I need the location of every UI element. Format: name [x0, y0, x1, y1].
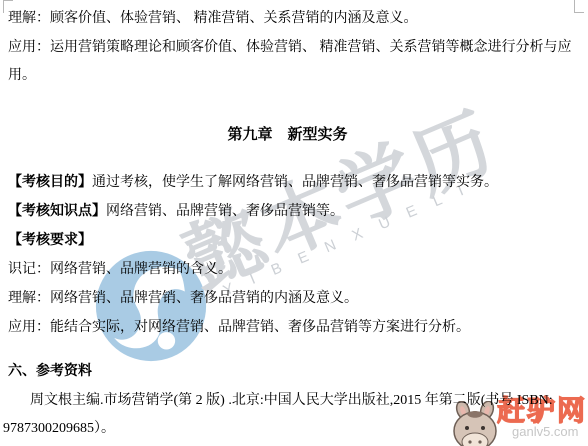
- intro-understand-line: 理解：顾客价值、体验营销、 精准营销、关系营销的内涵及意义。: [8, 10, 418, 27]
- intro-apply-line-2: 用。: [8, 67, 36, 84]
- reference-line-2: 9787300209685）。: [3, 420, 115, 437]
- exam-purpose-text: 通过考核，使学生了解网络营销、品牌营销、奢侈品营销等实务。: [92, 175, 498, 190]
- intro-apply-line-1: 应用：运用营销策略理论和顾客价值、体验营销、 精准营销、关系营销等概念进行分析与…: [8, 39, 572, 56]
- document-text: 理解：顾客价值、体验营销、 精准营销、关系营销的内涵及意义。 应用：运用营销策略…: [0, 0, 588, 446]
- requirement-understand-line: 理解：网络营销、品牌营销、奢侈品营销的内涵及意义。: [8, 290, 358, 307]
- chapter-title: 第九章 新型实务: [0, 123, 575, 144]
- reference-line-1: 周文根主编.市场营销学(第 2 版) .北京:中国人民大学出版社,2015 年第…: [30, 392, 553, 409]
- references-heading: 六、参考资料: [8, 363, 92, 380]
- exam-requirements-label: 【考核要求】: [8, 232, 92, 249]
- exam-purpose-label: 【考核目的】: [8, 175, 92, 190]
- exam-points-label: 【考核知识点】: [8, 204, 106, 219]
- exam-points-line: 【考核知识点】网络营销、品牌营销、奢侈品营销等。: [8, 203, 344, 220]
- document-page: 懿本学历 YIBENXUELI 赶驴网 ganlv5.com 理解：顾客价值、体…: [0, 0, 588, 446]
- requirement-apply-line: 应用：能结合实际，对网络营销、品牌营销、奢侈品营销等方案进行分析。: [8, 319, 470, 336]
- exam-points-text: 网络营销、品牌营销、奢侈品营销等。: [106, 204, 344, 219]
- exam-purpose-line: 【考核目的】通过考核，使学生了解网络营销、品牌营销、奢侈品营销等实务。: [8, 174, 498, 191]
- requirement-memorize-line: 识记：网络营销、品牌营销的含义。: [8, 261, 232, 278]
